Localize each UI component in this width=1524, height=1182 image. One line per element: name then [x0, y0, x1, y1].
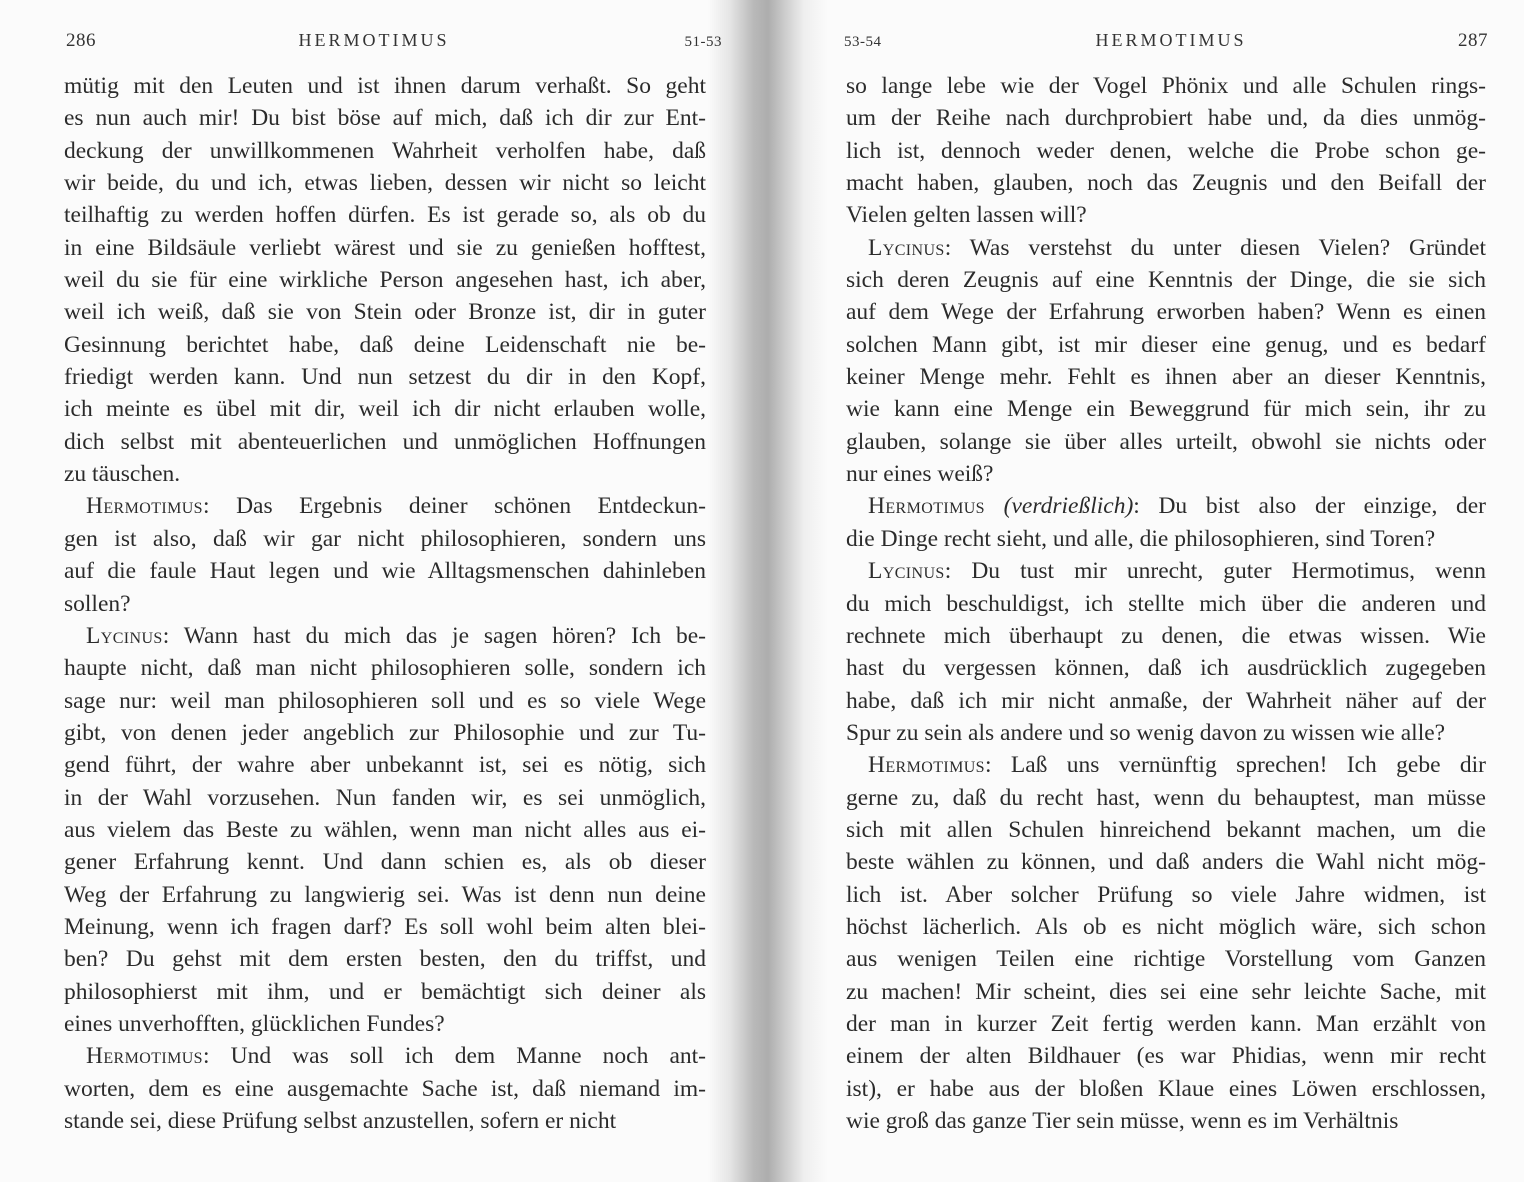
left-page: 286 HERMOTIMUS 51-53 mütig mit den Leute… [0, 0, 740, 1182]
line-text: haupte nicht, daß man nicht philosophier… [64, 655, 706, 681]
line-text: die Dinge recht sieht, und alle, die phi… [846, 526, 1435, 552]
text-line: Spur zu sein als andere und so wenig dav… [846, 717, 1486, 749]
running-title: HERMOTIMUS [66, 30, 562, 51]
line-text: philosophierst mit ihm, und er bemächtig… [64, 979, 706, 1005]
line-text: Weg der Erfahrung zu langwierig sei. Was… [64, 882, 706, 908]
text-line: Lycinus: Wann hast du mich das je sagen … [64, 620, 706, 652]
line-text: gen ist also, daß wir gar nicht philosop… [64, 526, 706, 552]
line-text: eines unverhofften, glücklichen Fundes? [64, 1011, 445, 1037]
line-text: gibt, von denen jeder angeblich zur Phil… [64, 720, 706, 746]
text-line: in eine Bildsäule verliebt wärest und si… [64, 232, 706, 264]
text-line: Lycinus: Was verstehst du unter diesen V… [846, 232, 1486, 264]
line-text: worten, dem es eine ausgemachte Sache is… [64, 1076, 706, 1102]
text-line: es nun auch mir! Du bist böse auf mich, … [64, 102, 706, 134]
text-line: sich mit allen Schulen hinreichend bekan… [846, 814, 1486, 846]
line-text: weil ich weiß, daß sie von Stein oder Br… [64, 299, 706, 325]
text-line: zu machen! Mir scheint, dies sei eine se… [846, 976, 1486, 1008]
text-line: ich meinte es übel mit dir, weil ich dir… [64, 393, 706, 425]
line-text: höchst lächerlich. Als ob es nicht mögli… [846, 914, 1486, 940]
text-line: solchen Mann gibt, ist mir dieser eine g… [846, 329, 1486, 361]
text-line: gener Erfahrung kennt. Und dann schien e… [64, 846, 706, 878]
line-text: aus wenigen Teilen eine richtige Vorstel… [846, 946, 1486, 972]
speaker-name: Lycinus [868, 558, 945, 584]
line-text: Spur zu sein als andere und so wenig dav… [846, 720, 1445, 746]
speaker-name: Hermotimus [86, 493, 203, 519]
text-line: rechnete mich überhaupt zu denen, die et… [846, 620, 1486, 652]
speaker-name: Hermotimus [86, 1043, 203, 1069]
line-text: um der Reihe nach durchprobiert habe und… [846, 105, 1486, 131]
right-page-header: 53-54 HERMOTIMUS 287 [844, 30, 1488, 56]
line-text: rechnete mich überhaupt zu denen, die et… [846, 623, 1486, 649]
line-text: sich deren Zeugnis auf eine Kenntnis der… [846, 267, 1486, 293]
text-line: der man in kurzer Zeit fertig werden kan… [846, 1008, 1486, 1040]
text-line: haupte nicht, daß man nicht philosophier… [64, 652, 706, 684]
line-text: auf dem Wege der Erfahrung erworben habe… [846, 299, 1486, 325]
line-text: : Was verstehst du unter diesen Vielen? … [945, 235, 1486, 261]
line-text: solchen Mann gibt, ist mir dieser eine g… [846, 332, 1486, 358]
text-line: auf die faule Haut legen und wie Alltags… [64, 555, 706, 587]
line-text: Vielen gelten lassen will? [846, 202, 1087, 228]
line-text: zu täuschen. [64, 461, 180, 487]
text-line: gen ist also, daß wir gar nicht philosop… [64, 523, 706, 555]
text-line: Lycinus: Du tust mir unrecht, guter Herm… [846, 555, 1486, 587]
line-text: dich selbst mit abenteuerlichen und unmö… [64, 429, 706, 455]
text-line: philosophierst mit ihm, und er bemächtig… [64, 976, 706, 1008]
text-line: zu täuschen. [64, 458, 706, 490]
line-text: : Du tust mir unrecht, guter Hermotimus,… [945, 558, 1486, 584]
text-line: so lange lebe wie der Vogel Phönix und a… [846, 70, 1486, 102]
text-line: Hermotimus: Laß uns vernünftig sprechen!… [846, 749, 1486, 781]
text-line: wie groß das ganze Tier sein müsse, wenn… [846, 1105, 1486, 1137]
line-text: gener Erfahrung kennt. Und dann schien e… [64, 849, 706, 875]
line-text: auf die faule Haut legen und wie Alltags… [64, 558, 706, 584]
text-line: deckung der unwillkommenen Wahrheit verh… [64, 135, 706, 167]
text-line: eines unverhofften, glücklichen Fundes? [64, 1008, 706, 1040]
speaker-name: Hermotimus [868, 493, 985, 519]
speaker-name: Hermotimus [868, 752, 985, 778]
text-line: teilhaftig zu werden hoffen dürfen. Es i… [64, 199, 706, 231]
right-page: 53-54 HERMOTIMUS 287 so lange lebe wie d… [800, 0, 1524, 1182]
text-line: auf dem Wege der Erfahrung erworben habe… [846, 296, 1486, 328]
text-line: ist), er habe aus der bloßen Klaue eines… [846, 1073, 1486, 1105]
text-line: friedigt werden kann. Und nun setzest du… [64, 361, 706, 393]
line-text: beste wählen zu können, und daß anders d… [846, 849, 1486, 875]
text-line: um der Reihe nach durchprobiert habe und… [846, 102, 1486, 134]
line-text: Meinung, wenn ich fragen darf? Es soll w… [64, 914, 706, 940]
book-spread: 286 HERMOTIMUS 51-53 mütig mit den Leute… [0, 0, 1524, 1182]
line-text: gend führt, der wahre aber unbekannt ist… [64, 752, 706, 778]
line-text: lich ist. Aber solcher Prüfung so viele … [846, 882, 1486, 908]
line-text: wir beide, du und ich, etwas lieben, des… [64, 170, 706, 196]
right-page-body: so lange lebe wie der Vogel Phönix und a… [846, 70, 1486, 1137]
speaker-name: Lycinus [86, 623, 163, 649]
line-text: sage nur: weil man philosophieren soll u… [64, 688, 706, 714]
line-text: zu machen! Mir scheint, dies sei eine se… [846, 979, 1486, 1005]
text-line: wir beide, du und ich, etwas lieben, des… [64, 167, 706, 199]
text-line: worten, dem es eine ausgemachte Sache is… [64, 1073, 706, 1105]
line-text: : Du bist also der einzige, der [1133, 493, 1486, 519]
left-page-body: mütig mit den Leuten und ist ihnen darum… [64, 70, 706, 1137]
line-text: mütig mit den Leuten und ist ihnen darum… [64, 73, 706, 99]
line-text: sich mit allen Schulen hinreichend bekan… [846, 817, 1486, 843]
line-text: macht haben, glauben, noch das Zeugnis u… [846, 170, 1486, 196]
speaker-name: Lycinus [868, 235, 945, 261]
line-text: in der Wahl vorzusehen. Nun fanden wir, … [64, 785, 706, 811]
text-line: gibt, von denen jeder angeblich zur Phil… [64, 717, 706, 749]
line-text: habe, daß ich mir nicht anmaße, der Wahr… [846, 688, 1486, 714]
text-line: keiner Menge mehr. Fehlt es ihnen aber a… [846, 361, 1486, 393]
text-line: sage nur: weil man philosophieren soll u… [64, 685, 706, 717]
text-line: sollen? [64, 588, 706, 620]
stage-direction: (verdrießlich) [1004, 493, 1134, 519]
text-line: Hermotimus: Und was soll ich dem Manne n… [64, 1040, 706, 1072]
text-line: ben? Du gehst mit dem ersten besten, den… [64, 943, 706, 975]
line-text: : Das Ergebnis deiner schönen Entdeckun- [203, 493, 706, 519]
text-line: stande sei, diese Prüfung selbst anzuste… [64, 1105, 706, 1137]
running-title: HERMOTIMUS [844, 30, 1488, 51]
text-line: hast du vergessen können, daß ich ausdrü… [846, 652, 1486, 684]
text-line: lich ist. Aber solcher Prüfung so viele … [846, 879, 1486, 911]
text-line: Hermotimus: Das Ergebnis deiner schönen … [64, 490, 706, 522]
line-text: deckung der unwillkommenen Wahrheit verh… [64, 138, 706, 164]
text-line: weil ich weiß, daß sie von Stein oder Br… [64, 296, 706, 328]
text-line: in der Wahl vorzusehen. Nun fanden wir, … [64, 782, 706, 814]
line-text: nur eines weiß? [846, 461, 993, 487]
text-line: dich selbst mit abenteuerlichen und unmö… [64, 426, 706, 458]
line-text: der man in kurzer Zeit fertig werden kan… [846, 1011, 1486, 1037]
line-text: friedigt werden kann. Und nun setzest du… [64, 364, 706, 390]
line-text: stande sei, diese Prüfung selbst anzuste… [64, 1108, 616, 1134]
text-line: habe, daß ich mir nicht anmaße, der Wahr… [846, 685, 1486, 717]
text-line: Vielen gelten lassen will? [846, 199, 1486, 231]
text-line: weil du sie für eine wirkliche Person an… [64, 264, 706, 296]
line-text: in eine Bildsäule verliebt wärest und si… [64, 235, 706, 261]
text-line: Hermotimus (verdrießlich): Du bist also … [846, 490, 1486, 522]
text-line: beste wählen zu können, und daß anders d… [846, 846, 1486, 878]
line-text: teilhaftig zu werden hoffen dürfen. Es i… [64, 202, 706, 228]
line-text: keiner Menge mehr. Fehlt es ihnen aber a… [846, 364, 1486, 390]
text-line: aus wenigen Teilen eine richtige Vorstel… [846, 943, 1486, 975]
text-line: aus vielem das Beste zu wählen, wenn man… [64, 814, 706, 846]
text-line: glauben, solange sie über alles urteilt,… [846, 426, 1486, 458]
line-text: einem der alten Bildhauer (es war Phidia… [846, 1043, 1486, 1069]
text-line: Meinung, wenn ich fragen darf? Es soll w… [64, 911, 706, 943]
text-line: lich ist, dennoch weder denen, welche di… [846, 135, 1486, 167]
text-line: die Dinge recht sieht, und alle, die phi… [846, 523, 1486, 555]
text-line: Weg der Erfahrung zu langwierig sei. Was… [64, 879, 706, 911]
line-text: ben? Du gehst mit dem ersten besten, den… [64, 946, 706, 972]
line-text: hast du vergessen können, daß ich ausdrü… [846, 655, 1486, 681]
text-line: nur eines weiß? [846, 458, 1486, 490]
line-text: : Wann hast du mich das je sagen hören? … [163, 623, 706, 649]
line-text: : Und was soll ich dem Manne noch ant- [203, 1043, 706, 1069]
text-line: macht haben, glauben, noch das Zeugnis u… [846, 167, 1486, 199]
line-text: ich meinte es übel mit dir, weil ich dir… [64, 396, 706, 422]
text-line: du mich beschuldigst, ich stellte mich ü… [846, 588, 1486, 620]
text-line: gerne zu, daß du recht hast, wenn du beh… [846, 782, 1486, 814]
left-page-header: 286 HERMOTIMUS 51-53 [66, 30, 722, 56]
text-line: sich deren Zeugnis auf eine Kenntnis der… [846, 264, 1486, 296]
line-text: aus vielem das Beste zu wählen, wenn man… [64, 817, 706, 843]
line-text: lich ist, dennoch weder denen, welche di… [846, 138, 1486, 164]
line-text: glauben, solange sie über alles urteilt,… [846, 429, 1486, 455]
text-line: gend führt, der wahre aber unbekannt ist… [64, 749, 706, 781]
line-text: Gesinnung berichtet habe, daß deine Leid… [64, 332, 706, 358]
line-text: du mich beschuldigst, ich stellte mich ü… [846, 591, 1486, 617]
line-text: sollen? [64, 591, 131, 617]
line-text: es nun auch mir! Du bist böse auf mich, … [64, 105, 706, 131]
line-text: weil du sie für eine wirkliche Person an… [64, 267, 706, 293]
line-text: gerne zu, daß du recht hast, wenn du beh… [846, 785, 1486, 811]
text-line: einem der alten Bildhauer (es war Phidia… [846, 1040, 1486, 1072]
line-text: wie groß das ganze Tier sein müsse, wenn… [846, 1108, 1398, 1134]
line-text: : Laß uns vernünftig sprechen! Ich gebe … [985, 752, 1486, 778]
line-text: wie kann eine Menge ein Beweggrund für m… [846, 396, 1486, 422]
text-line: Gesinnung berichtet habe, daß deine Leid… [64, 329, 706, 361]
page-number: 287 [1458, 30, 1488, 52]
text-line: mütig mit den Leuten und ist ihnen darum… [64, 70, 706, 102]
text-line: höchst lächerlich. Als ob es nicht mögli… [846, 911, 1486, 943]
text-line: wie kann eine Menge ein Beweggrund für m… [846, 393, 1486, 425]
section-reference: 51-53 [685, 34, 723, 51]
line-text: so lange lebe wie der Vogel Phönix und a… [846, 73, 1486, 99]
line-text: ist), er habe aus der bloßen Klaue eines… [846, 1076, 1486, 1102]
